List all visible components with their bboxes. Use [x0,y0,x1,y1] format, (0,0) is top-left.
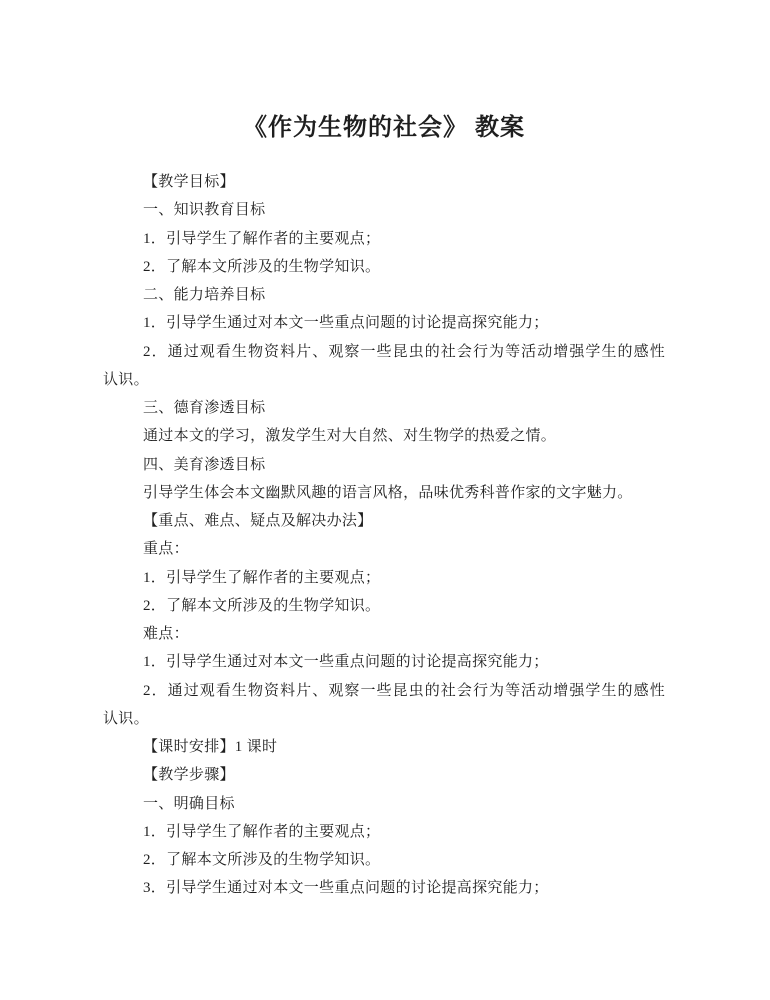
paragraph-line: 2．通过观看生物资料片、观察一些昆虫的社会行为等活动增强学生的感性 [103,677,665,705]
paragraph-line: 1．引导学生了解作者的主要观点； [103,818,665,846]
paragraph-line: 1．引导学生了解作者的主要观点； [103,225,665,253]
paragraph-line: 引导学生体会本文幽默风趣的语言风格，品味优秀科普作家的文字魅力。 [103,479,665,507]
paragraph-line: 3．引导学生通过对本文一些重点问题的讨论提高探究能力； [103,874,665,902]
paragraph-line: 【重点、难点、疑点及解决办法】 [103,507,665,535]
paragraph-line: 1．引导学生通过对本文一些重点问题的讨论提高探究能力； [103,309,665,337]
document-content: 《作为生物的社会》 教案 【教学目标】一、知识教育目标1．引导学生了解作者的主要… [103,113,665,903]
paragraph-line: 【教学步骤】 [103,761,665,789]
paragraph-line: 【教学目标】 [103,168,665,196]
paragraph-line: 通过本文的学习，激发学生对大自然、对生物学的热爱之情。 [103,422,665,450]
paragraph-line: 2．了解本文所涉及的生物学知识。 [103,253,665,281]
paragraph-line: 2．了解本文所涉及的生物学知识。 [103,592,665,620]
paragraph-line: 三、德育渗透目标 [103,394,665,422]
paragraph-line: 1．引导学生通过对本文一些重点问题的讨论提高探究能力； [103,648,665,676]
paragraph-line: 一、明确目标 [103,790,665,818]
document-title: 《作为生物的社会》 教案 [103,113,665,143]
paragraph-line: 【课时安排】1 课时 [103,733,665,761]
paragraph-line: 四、美育渗透目标 [103,451,665,479]
paragraph-line: 二、能力培养目标 [103,281,665,309]
paragraph-line: 难点： [103,620,665,648]
paragraph-line: 重点： [103,535,665,563]
paragraph-line: 认识。 [103,705,665,733]
document-page: 《作为生物的社会》 教案 【教学目标】一、知识教育目标1．引导学生了解作者的主要… [0,0,770,1000]
paragraph-line: 1．引导学生了解作者的主要观点； [103,564,665,592]
paragraph-line: 一、知识教育目标 [103,196,665,224]
document-body: 【教学目标】一、知识教育目标1．引导学生了解作者的主要观点；2．了解本文所涉及的… [103,168,665,903]
paragraph-line: 2．通过观看生物资料片、观察一些昆虫的社会行为等活动增强学生的感性 [103,338,665,366]
paragraph-line: 认识。 [103,366,665,394]
paragraph-line: 2．了解本文所涉及的生物学知识。 [103,846,665,874]
